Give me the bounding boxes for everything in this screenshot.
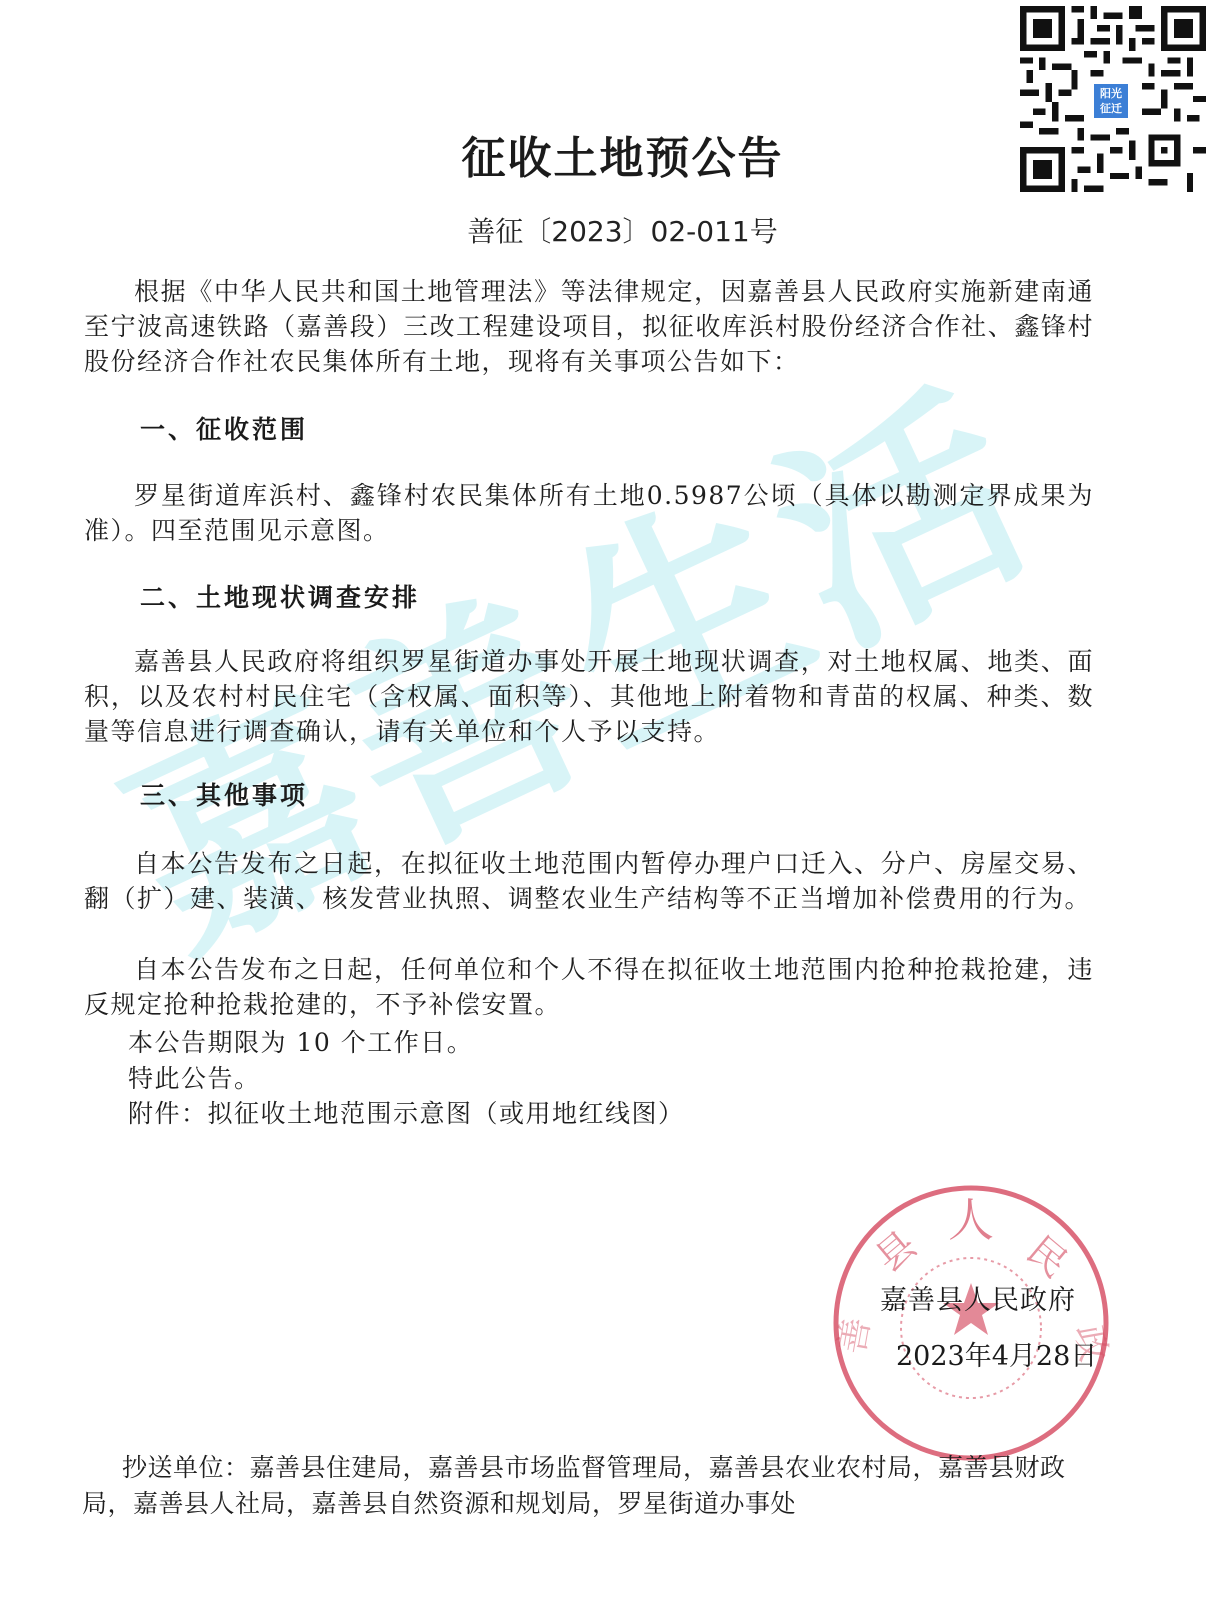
qr-badge: 阳光 征迁 [1092, 82, 1130, 120]
document-number: 善征〔2023〕02-011号 [0, 210, 1213, 250]
official-seal-icon: 人 县 民 善 政 [826, 1178, 1116, 1468]
section-3-paragraph-2: 自本公告发布之日起，任何单位和个人不得在拟征收土地范围内抢种抢栽抢建，违反规定抢… [84, 952, 1094, 1022]
section-heading-1: 一、征收范围 [140, 410, 308, 446]
attachment-line: 附件：拟征收土地范围示意图（或用地红线图） [128, 1094, 685, 1130]
svg-text:县: 县 [867, 1223, 924, 1281]
section-heading-2: 二、土地现状调查安排 [140, 578, 420, 614]
section-heading-3: 三、其他事项 [140, 776, 308, 812]
svg-text:善: 善 [832, 1314, 879, 1357]
section-3-paragraph-1: 自本公告发布之日起，在拟征收土地范围内暂停办理户口迁入、分户、房屋交易、翻（扩）… [84, 846, 1094, 916]
signer-name: 嘉善县人民政府 [880, 1278, 1076, 1317]
intro-paragraph: 根据《中华人民共和国土地管理法》等法律规定，因嘉善县人民政府实施新建南通至宁波高… [84, 274, 1094, 379]
document-page: 嘉善生活 阳光 征迁 [0, 0, 1213, 1612]
section-2-paragraph: 嘉善县人民政府将组织罗星街道办事处开展土地现状调查，对土地权属、地类、面积，以及… [84, 644, 1094, 749]
svg-text:人: 人 [948, 1193, 994, 1247]
document-title: 征收土地预公告 [0, 122, 1213, 186]
signing-date: 2023年4月28日 [896, 1334, 1097, 1373]
period-line: 本公告期限为 10 个工作日。 [128, 1023, 473, 1059]
closing-line: 特此公告。 [128, 1059, 261, 1095]
cc-recipients: 抄送单位：嘉善县住建局，嘉善县市场监督管理局，嘉善县农业农村局，嘉善县财政局，嘉… [82, 1450, 1092, 1522]
section-1-paragraph: 罗星街道库浜村、鑫锋村农民集体所有土地0.5987公顷（具体以勘测定界成果为准）… [84, 478, 1094, 548]
